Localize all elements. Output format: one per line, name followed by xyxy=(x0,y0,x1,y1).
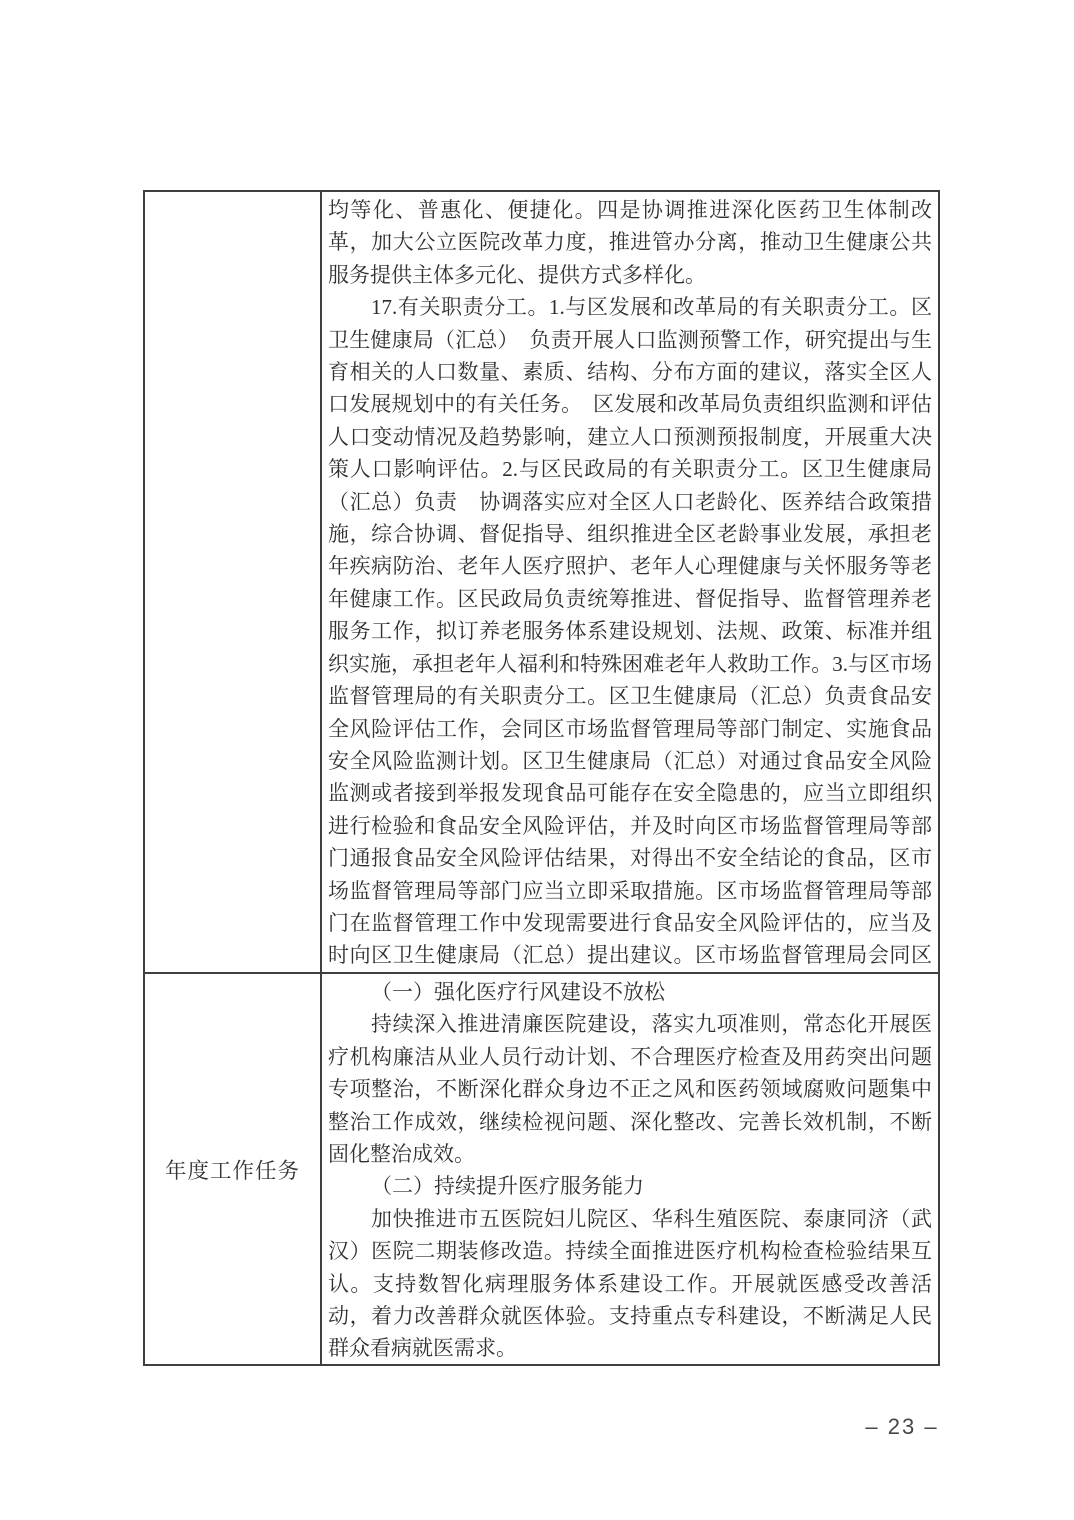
document-page: 均等化、普惠化、便捷化。四是协调推进深化医药卫生体制改革，加大公立医院改革力度，… xyxy=(0,0,1074,1520)
row-body-cell: 均等化、普惠化、便捷化。四是协调推进深化医药卫生体制改革，加大公立医院改革力度，… xyxy=(322,192,938,972)
work-table: 均等化、普惠化、便捷化。四是协调推进深化医药卫生体制改革，加大公立医院改革力度，… xyxy=(143,190,940,1366)
paragraph: 加快推进市五医院妇儿院区、华科生殖医院、泰康同济（武汉）医院二期装修改造。持续全… xyxy=(328,1203,932,1364)
paragraph: 均等化、普惠化、便捷化。四是协调推进深化医药卫生体制改革，加大公立医院改革力度，… xyxy=(328,194,932,291)
row-header-cell: 年度工作任务 xyxy=(145,974,322,1364)
paragraph: 17.有关职责分工。1.与区发展和改革局的有关职责分工。区卫生健康局（汇总） 负… xyxy=(328,291,932,972)
row-body-cell: （一）强化医疗行风建设不放松持续深入推进清廉医院建设，落实九项准则，常态化开展医… xyxy=(322,974,938,1364)
page-number: – 23 – xyxy=(821,1414,983,1440)
paragraph: （二）持续提升医疗服务能力 xyxy=(328,1170,932,1202)
row-header-cell xyxy=(145,192,322,972)
paragraph: 持续深入推进清廉医院建设，落实九项准则，常态化开展医疗机构廉洁从业人员行动计划、… xyxy=(328,1008,932,1170)
table-row: 年度工作任务 （一）强化医疗行风建设不放松持续深入推进清廉医院建设，落实九项准则… xyxy=(145,972,938,1364)
paragraph: （一）强化医疗行风建设不放松 xyxy=(328,976,932,1008)
table-row: 均等化、普惠化、便捷化。四是协调推进深化医药卫生体制改革，加大公立医院改革力度，… xyxy=(145,192,938,972)
